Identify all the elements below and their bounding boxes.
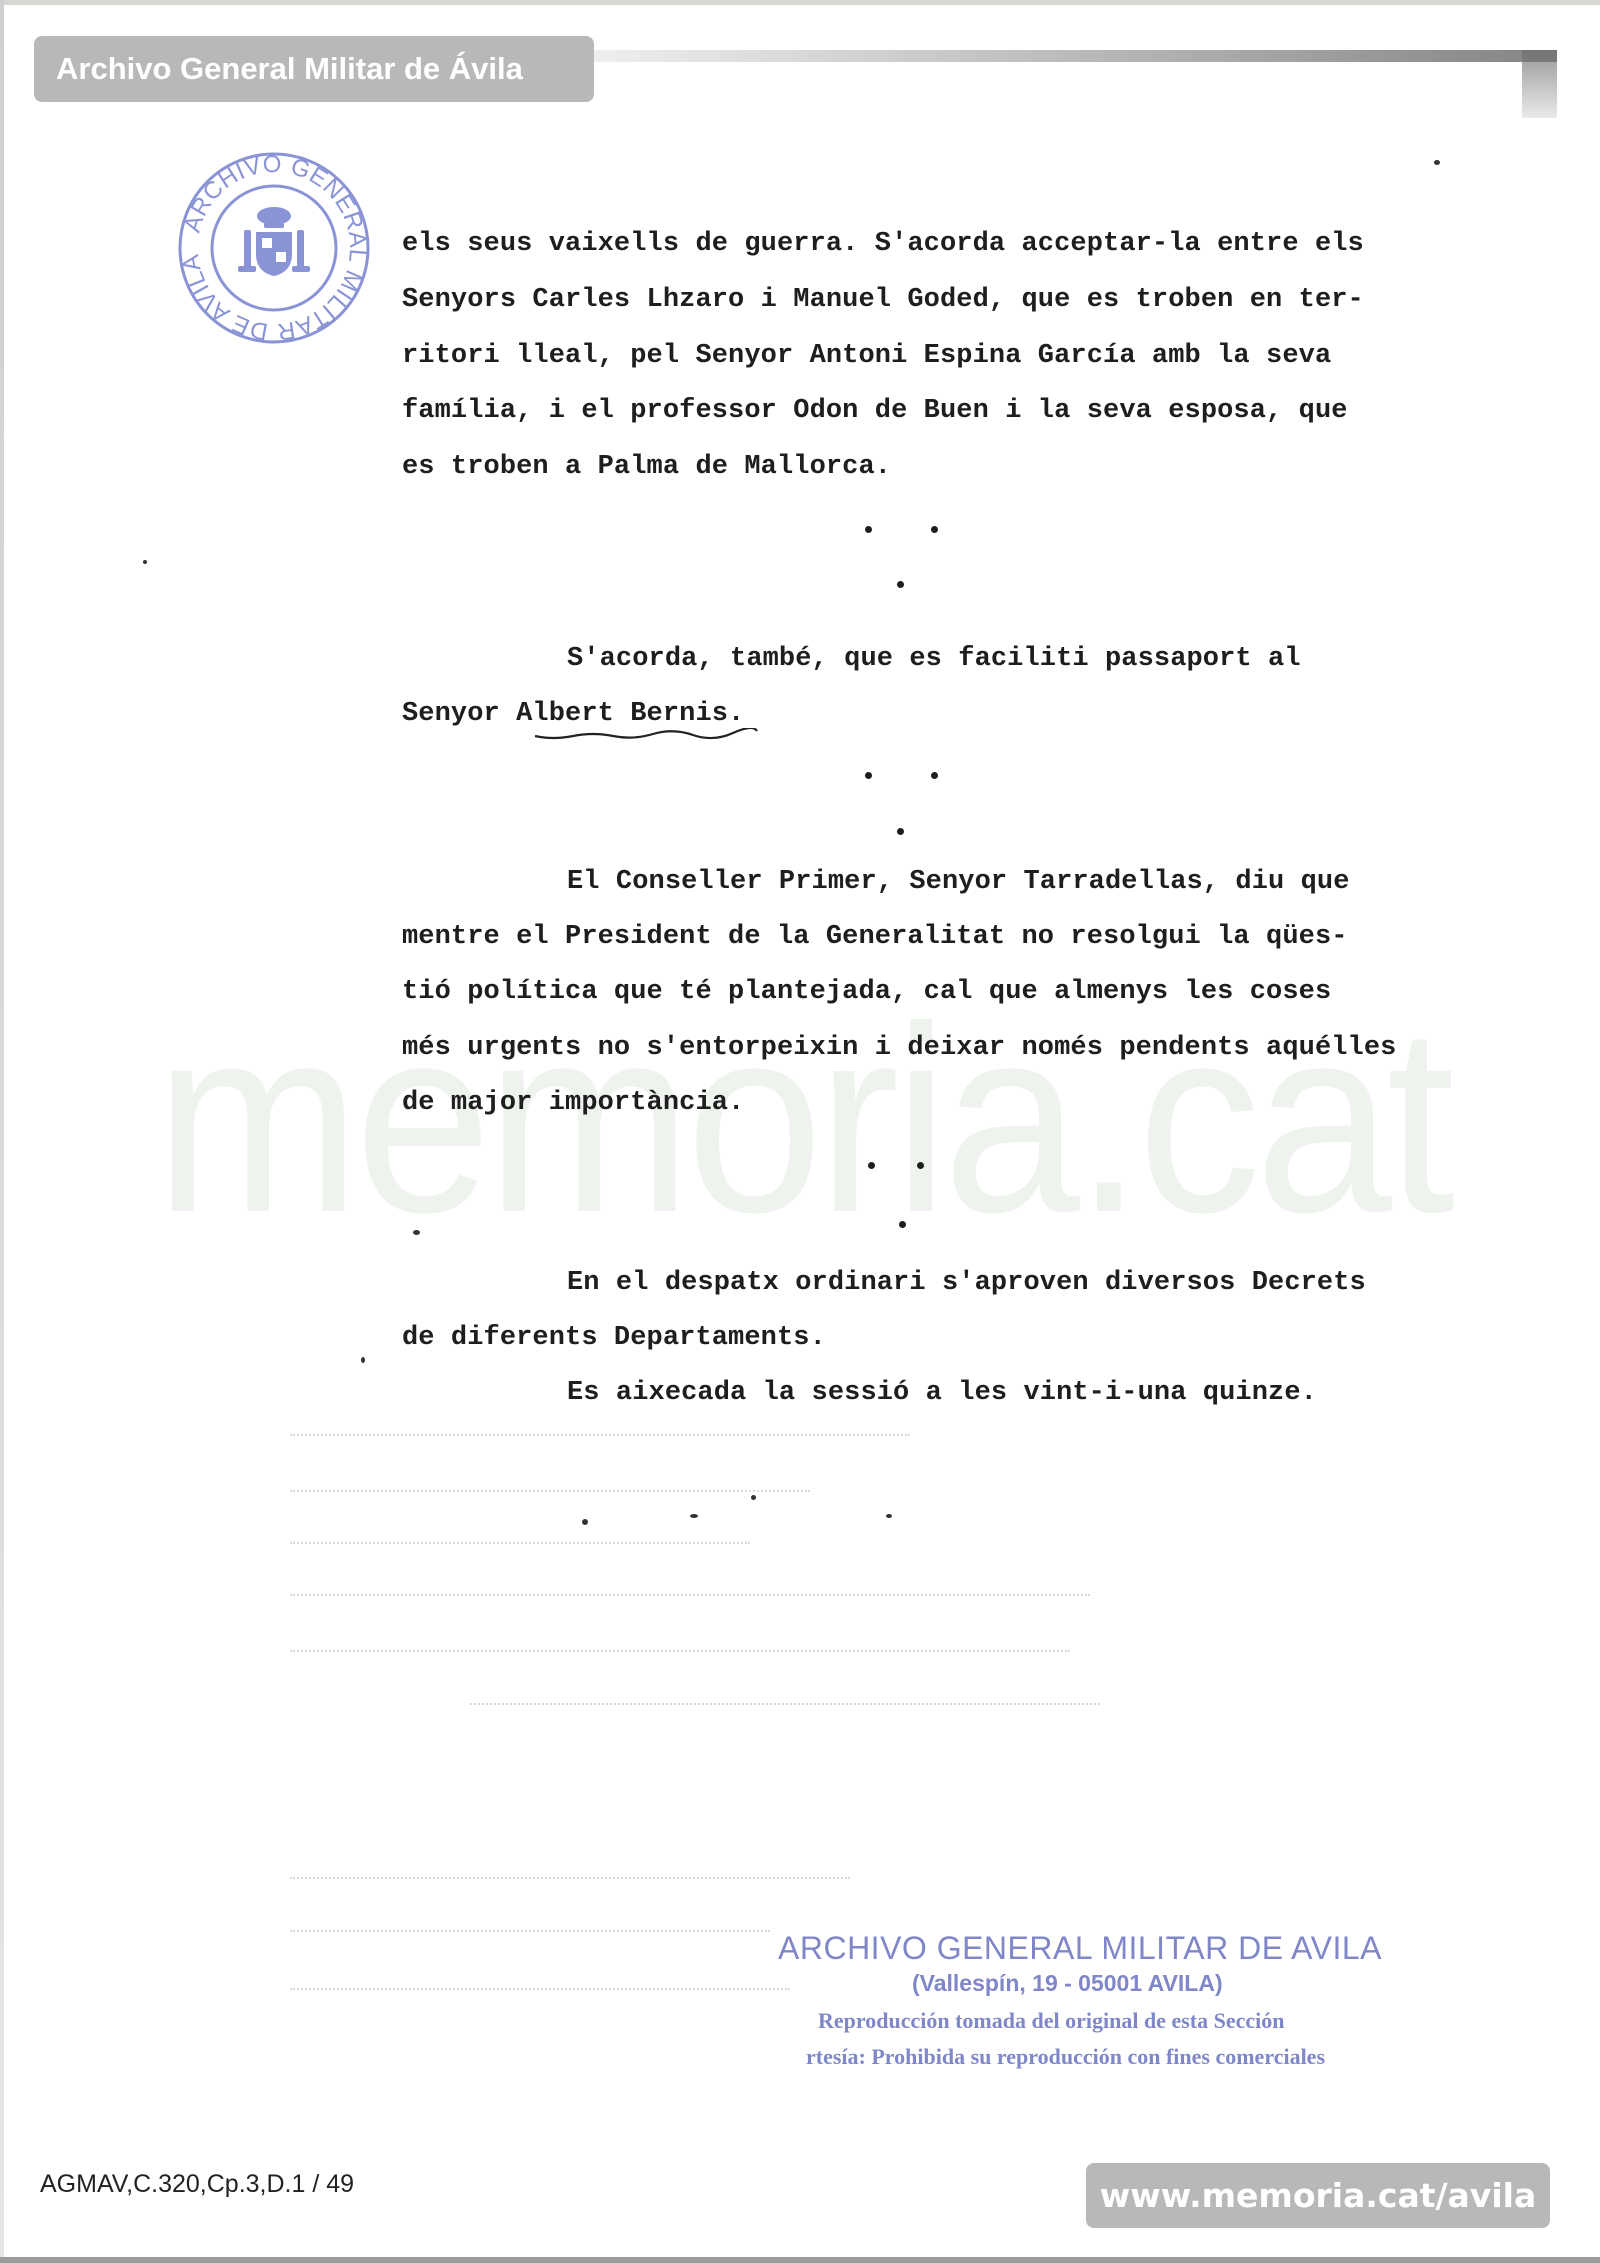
paragraph-1-line-2: Senyors Carles Lhzaro i Manuel Goded, qu… bbox=[402, 285, 1364, 315]
separator-dot bbox=[865, 772, 872, 779]
paragraph-5-line-1: Es aixecada la sessió a les vint-i-una q… bbox=[567, 1378, 1317, 1408]
coat-of-arms-icon bbox=[238, 207, 310, 276]
bleed-through-line bbox=[290, 1988, 790, 1992]
paragraph-3-line-2: mentre el President de la Generalitat no… bbox=[402, 922, 1348, 952]
bleed-through-line bbox=[290, 1490, 810, 1494]
ink-speck bbox=[690, 1514, 698, 1518]
paragraph-4-line-1: En el despatx ordinari s'aproven diverso… bbox=[567, 1268, 1366, 1298]
separator-dot bbox=[917, 1162, 924, 1169]
scan-edge-corner bbox=[1522, 50, 1557, 118]
memoria-url-badge[interactable]: www.memoria.cat/avila bbox=[1086, 2163, 1550, 2228]
paragraph-2-line-2: Senyor Albert Bernis. bbox=[402, 699, 744, 729]
paragraph-1-line-4: família, i el professor Odon de Buen i l… bbox=[402, 396, 1348, 426]
separator-dot bbox=[899, 1221, 906, 1228]
separator-dot bbox=[897, 581, 904, 588]
paragraph-1-line-3: ritori lleal, pel Senyor Antoni Espina G… bbox=[402, 341, 1331, 371]
archive-seal-icon: ARCHIVO GENERAL MILITAR DE AVILA bbox=[176, 150, 372, 346]
page-edge-bottom bbox=[0, 2257, 1600, 2263]
ink-speck bbox=[886, 1514, 892, 1518]
archive-title-badge: Archivo General Militar de Ávila bbox=[34, 36, 594, 102]
ink-speck bbox=[413, 1230, 420, 1235]
paragraph-3-line-4: més urgents no s'entorpeixin i deixar no… bbox=[402, 1033, 1396, 1063]
paragraph-1-line-1: els seus vaixells de guerra. S'acorda ac… bbox=[402, 229, 1364, 259]
bleed-through-line bbox=[290, 1542, 750, 1546]
document-reference: AGMAV,C.320,Cp.3,D.1 / 49 bbox=[40, 2170, 354, 2199]
separator-dot bbox=[931, 526, 938, 533]
separator-dot bbox=[931, 772, 938, 779]
bleed-through-line bbox=[470, 1703, 1100, 1707]
archive-stamp-prohibition: rtesía: Prohibida su reproducción con fi… bbox=[806, 2044, 1325, 2070]
ink-speck bbox=[582, 1519, 588, 1525]
paragraph-2-line-1: S'acorda, també, que es faciliti passapo… bbox=[567, 644, 1301, 674]
handwritten-underline bbox=[533, 728, 759, 742]
memoria-url-text[interactable]: www.memoria.cat/avila bbox=[1100, 2176, 1536, 2215]
scan-edge-band bbox=[590, 50, 1557, 62]
paragraph-3-line-5: de major importància. bbox=[402, 1088, 744, 1118]
page-edge-left bbox=[0, 0, 4, 2263]
paragraph-1-line-5: es troben a Palma de Mallorca. bbox=[402, 452, 891, 482]
bleed-through-line bbox=[290, 1650, 1070, 1654]
bleed-through-line bbox=[290, 1877, 850, 1881]
bleed-through-line bbox=[290, 1434, 910, 1438]
ink-speck bbox=[751, 1495, 756, 1500]
paragraph-4-line-2: de diferents Departaments. bbox=[402, 1323, 826, 1353]
bleed-through-line bbox=[290, 1930, 770, 1934]
paragraph-3-line-1: El Conseller Primer, Senyor Tarradellas,… bbox=[567, 867, 1350, 897]
separator-dot bbox=[868, 1162, 875, 1169]
archive-stamp-reproduction: Reproducción tomada del original de esta… bbox=[818, 2008, 1284, 2034]
paragraph-3-line-3: tió política que té plantejada, cal que … bbox=[402, 977, 1331, 1007]
separator-dot bbox=[897, 828, 904, 835]
memoria-watermark: memoria.cat bbox=[155, 990, 1364, 1250]
ink-speck bbox=[361, 1357, 365, 1363]
bleed-through-line bbox=[290, 1594, 1090, 1598]
ink-speck bbox=[143, 560, 147, 564]
archive-stamp-address: (Vallespín, 19 - 05001 AVILA) bbox=[912, 1970, 1223, 1997]
archive-stamp-title: ARCHIVO GENERAL MILITAR DE AVILA bbox=[778, 1930, 1382, 1967]
separator-dot bbox=[865, 526, 872, 533]
ink-speck bbox=[1434, 160, 1440, 165]
archive-title-text: Archivo General Militar de Ávila bbox=[56, 51, 523, 87]
page-edge-top bbox=[0, 0, 1600, 5]
